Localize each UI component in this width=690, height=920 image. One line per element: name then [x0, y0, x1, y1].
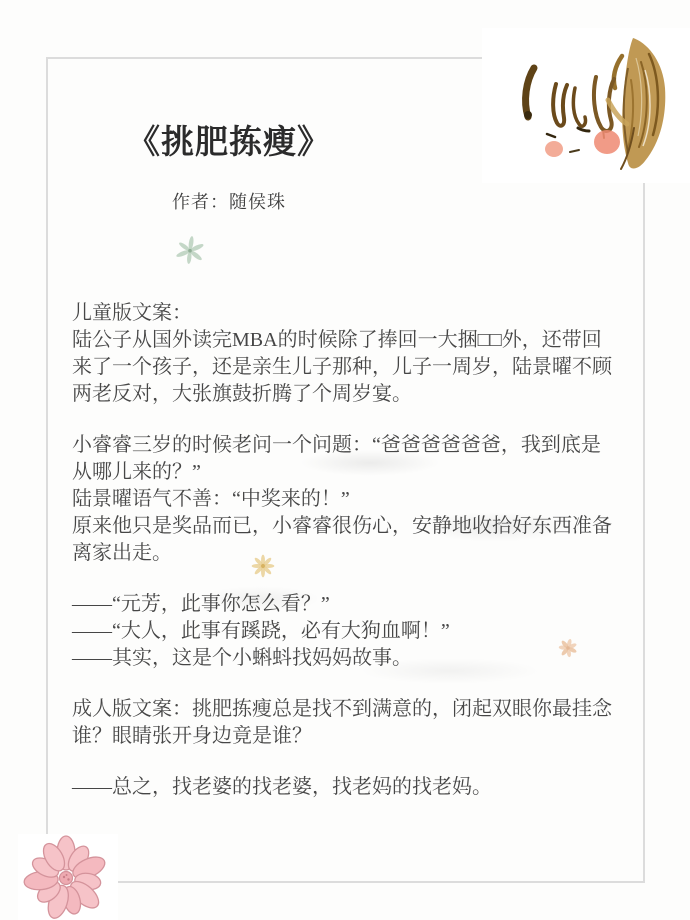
peach-flower-icon	[556, 636, 580, 660]
paragraph-adult-version: 成人版文案：挑肥拣瘦总是找不到满意的，闭起双眼你最挂念 谁？眼睛张开身边竟是谁？	[72, 696, 638, 750]
mouth-stroke	[570, 150, 579, 152]
page-title: 《挑肥拣瘦》	[66, 116, 392, 163]
novel-intro-page: { "page": { "title": "《挑肥拣瘦》", "author":…	[0, 0, 690, 920]
eye-stroke	[547, 134, 555, 137]
green-flower-icon	[176, 236, 204, 264]
bang-stroke	[526, 68, 534, 117]
paragraph-xiaoruirui: 小睿睿三岁的时候老问一个问题：“爸爸爸爸爸爸，我到底是 从哪儿来的？” 陆景曜语…	[72, 432, 638, 567]
paragraph-dialogue: ——“元芳，此事你怎么看？” ——“大人，此事有蹊跷，必有大狗血啊！” ——其实…	[72, 591, 638, 672]
synopsis-text: 儿童版文案： 陆公子从国外读完MBA的时候除了捧回一大捆□□外，还带回 来了一个…	[72, 300, 638, 825]
paragraph-children-version: 儿童版文案： 陆公子从国外读完MBA的时候除了捧回一大捆□□外，还带回 来了一个…	[72, 300, 638, 408]
blush-left	[545, 141, 563, 157]
paragraph-conclusion: ——总之，找老婆的找老婆，找老妈的找老妈。	[72, 774, 638, 801]
watercolor-girl-illustration	[482, 28, 690, 183]
pink-flower-icon	[18, 834, 118, 920]
blush-right	[594, 130, 620, 154]
author-line: 作者：随侯珠	[66, 188, 392, 214]
eye-stroke	[578, 128, 589, 131]
gold-flower-icon	[250, 553, 276, 579]
